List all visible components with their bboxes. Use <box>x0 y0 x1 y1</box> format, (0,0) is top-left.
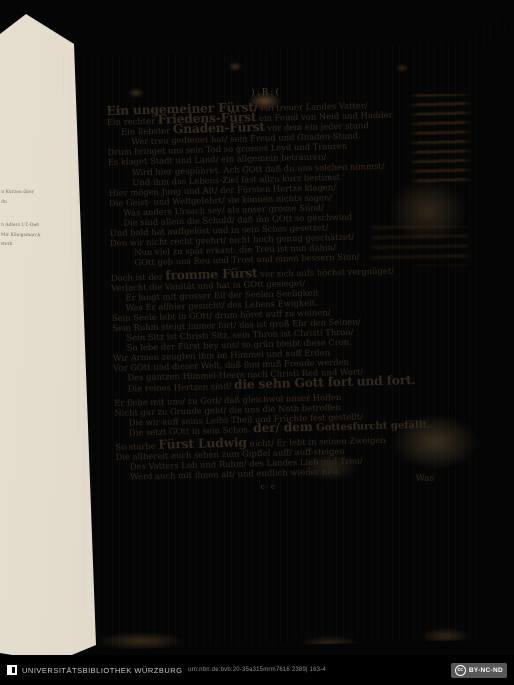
spine-fragment: n Adlers I.T.-Deß <box>1 221 45 231</box>
library-logo-icon <box>7 665 17 675</box>
printer-signature: c c <box>260 482 277 491</box>
paper-stain <box>228 62 242 71</box>
spine-fragment: du <box>1 197 45 207</box>
spine-fragment: sterk <box>1 240 45 250</box>
urn-identifier: urn:nbn:de:bvb:20-35a315mrm7616 2389| 16… <box>188 667 326 673</box>
library-branding: UNIVERSITÄTSBIBLIOTHEK WÜRZBURG <box>7 665 183 675</box>
cc-license-label: BY-NC-ND <box>469 667 503 674</box>
paper-stain <box>96 632 186 650</box>
poem-block: ):R:( Ein ungemeiner Fürst/ ein treuer L… <box>106 84 437 499</box>
signature-row: c c Was <box>116 478 436 498</box>
poem: Ein ungemeiner Fürst/ ein treuer Landes … <box>106 97 436 481</box>
cc-license-badge: cc BY-NC-ND <box>451 663 507 678</box>
paper-stain <box>420 628 470 644</box>
spine-fragment: Mir Königsmarck <box>1 230 45 240</box>
paper-stain <box>300 636 360 650</box>
catchword: Was <box>416 474 435 484</box>
library-name: UNIVERSITÄTSBIBLIOTHEK WÜRZBURG <box>22 666 183 675</box>
spine-fragments: n Kurzen überdun Adlers I.T.-DeßMir Köni… <box>1 188 46 250</box>
spine-fragment: n Kurzen über <box>1 188 45 198</box>
cc-icon: cc <box>455 665 466 676</box>
book-scan: n Kurzen überdun Adlers I.T.-DeßMir Köni… <box>0 0 514 685</box>
paper-stain <box>396 64 408 72</box>
digitization-footer: UNIVERSITÄTSBIBLIOTHEK WÜRZBURG urn:nbn:… <box>0 655 514 685</box>
